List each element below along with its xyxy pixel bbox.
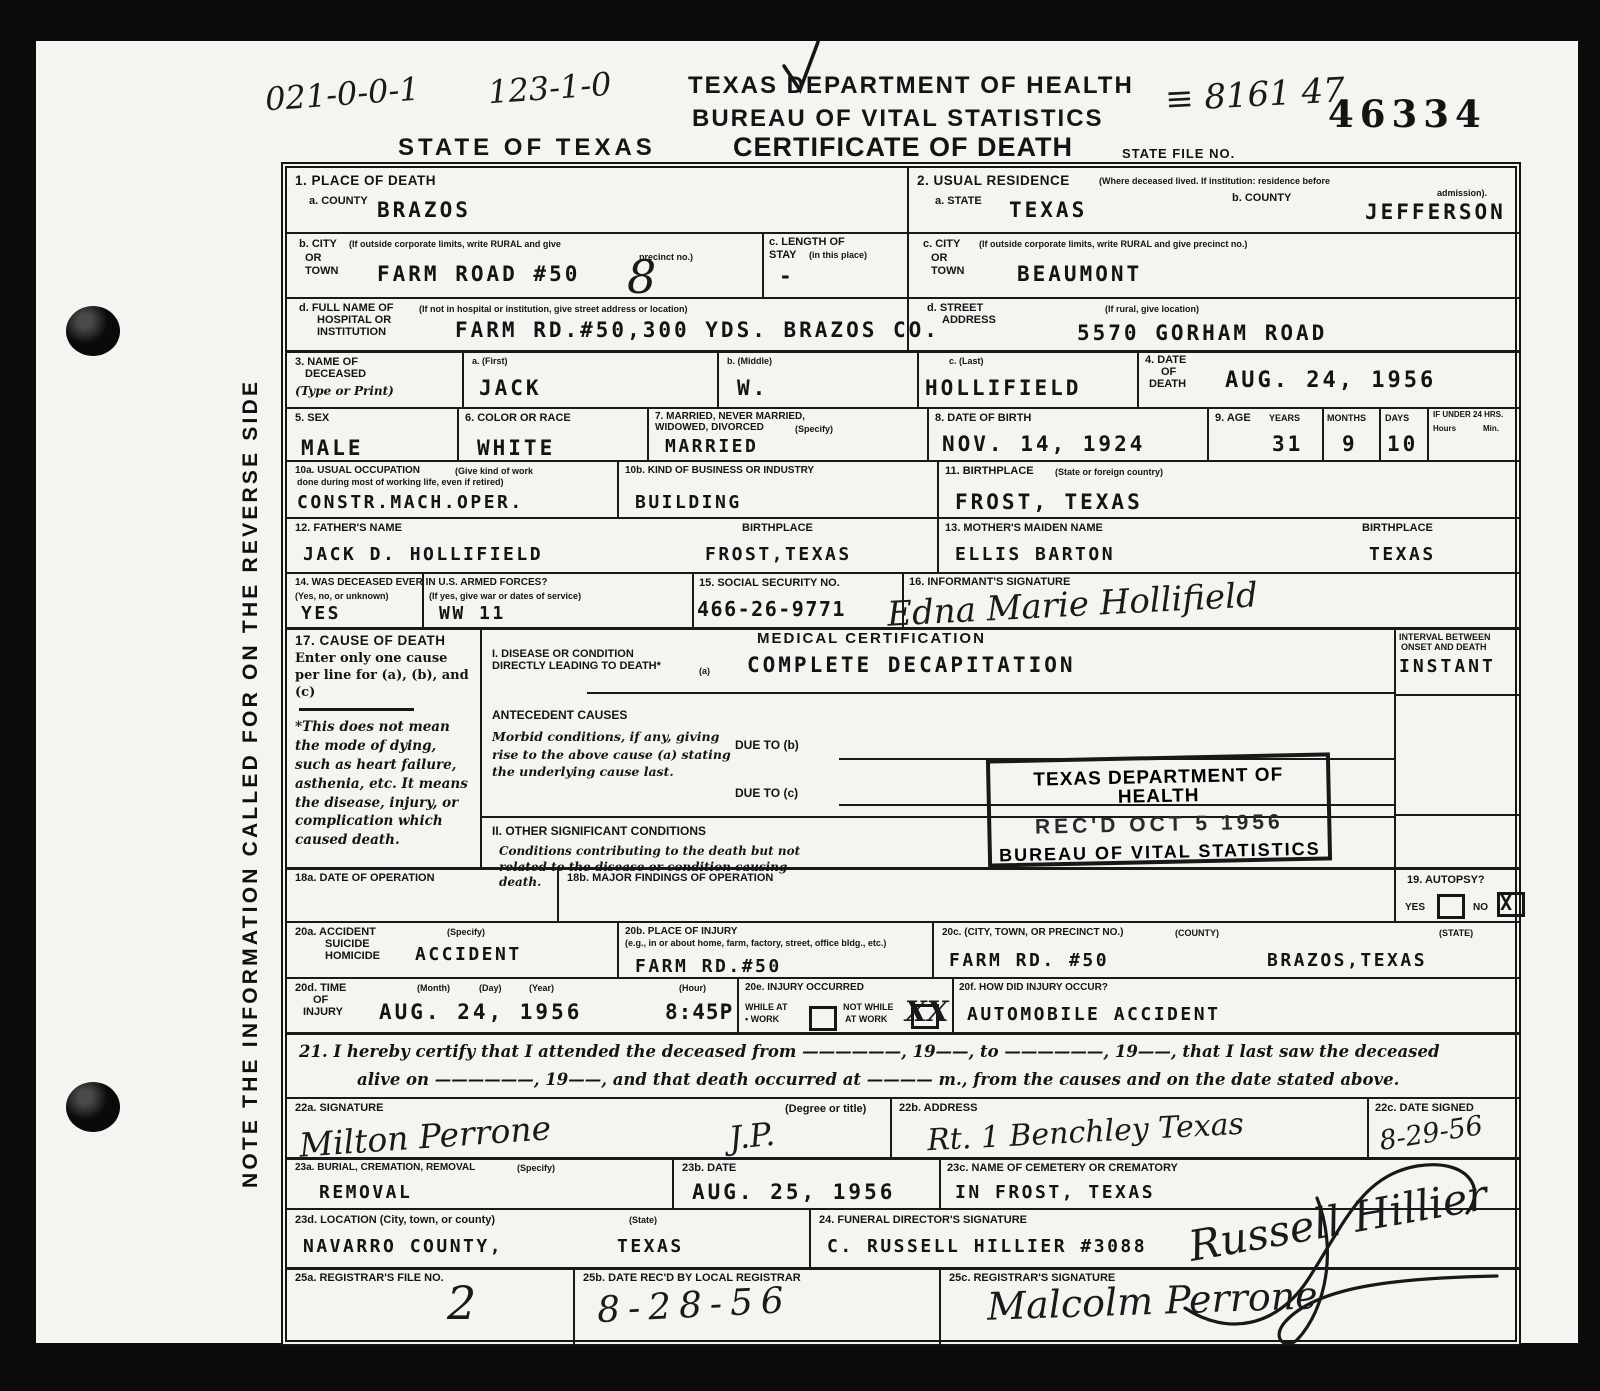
- father-name-value: JACK D. HOLLIFIELD: [303, 546, 543, 564]
- mother-birthplace-value: TEXAS: [1369, 546, 1436, 564]
- funeral-director-value: C. RUSSELL HILLIER #3088: [827, 1238, 1147, 1256]
- interval-label2: ONSET AND DEATH: [1401, 642, 1487, 652]
- burial-location-label: 23d. LOCATION (City, town, or county): [295, 1214, 495, 1227]
- time-injury-value: AUG. 24, 1956: [379, 1002, 582, 1023]
- armed-forces-value: YES: [301, 605, 341, 623]
- time-hour-label: (Hour): [679, 983, 706, 993]
- autopsy-yes-label: YES: [1405, 902, 1425, 914]
- cause-of-death-title: 17. CAUSE OF DEATH: [295, 633, 446, 649]
- due-to-b-label: DUE TO (b): [735, 738, 799, 752]
- armed-forces-label: 14. WAS DECEASED EVER IN U.S. ARMED FORC…: [295, 577, 547, 589]
- residence-city-or: OR: [931, 252, 948, 265]
- handwritten-code-right: 123-1-0: [487, 68, 612, 109]
- residence-state-value: TEXAS: [1009, 200, 1087, 221]
- while-at-work-label: WHILE AT: [745, 1002, 788, 1012]
- birth-date-label: 8. DATE OF BIRTH: [935, 412, 1031, 425]
- stamp-line3: BUREAU OF VITAL STATISTICS: [992, 839, 1328, 864]
- punch-hole-bottom: [66, 1082, 120, 1132]
- name-middle-label: b. (Middle): [727, 356, 772, 366]
- stamp-line1: TEXAS DEPARTMENT OF HEALTH: [990, 764, 1327, 809]
- armed-forces-war-value: WW 11: [439, 605, 506, 623]
- name-title2: DECEASED: [305, 368, 366, 381]
- age-years-value: 31: [1272, 434, 1303, 455]
- place-injury-paren: (e.g., in or about home, farm, factory, …: [625, 938, 905, 948]
- birthplace-paren: (State or foreign country): [1055, 467, 1163, 477]
- birthplace-label: 11. BIRTHPLACE: [945, 465, 1034, 478]
- name-last-label: c. (Last): [949, 356, 984, 366]
- registrar-file-label: 25a. REGISTRAR'S FILE NO.: [295, 1272, 444, 1285]
- residence-city-paren: (If outside corporate limits, write RURA…: [979, 239, 1247, 249]
- place-city-value: FARM ROAD #50: [377, 264, 580, 285]
- time-injury-hour-value: 8:45P: [665, 1002, 733, 1023]
- date-signed-value: 8-29-56: [1378, 1112, 1485, 1155]
- father-name-label: 12. FATHER'S NAME: [295, 522, 402, 535]
- industry-label: 10b. KIND OF BUSINESS OR INDUSTRY: [625, 465, 814, 477]
- agency-name-line2: BUREAU OF VITAL STATISTICS: [692, 105, 1104, 133]
- place-city-label: b. CITY: [299, 238, 337, 251]
- age-years-label: YEARS: [1269, 413, 1300, 423]
- state-of-texas: STATE OF TEXAS: [398, 134, 656, 162]
- not-while-label2: AT WORK: [845, 1014, 887, 1024]
- cause-note1: Enter only one cause per line for (a), (…: [295, 651, 473, 702]
- registrar-file-value: 2: [447, 1280, 476, 1326]
- cause-note2: *This does not mean the mode of dying, s…: [295, 718, 475, 850]
- residence-street-paren: (If rural, give location): [1105, 304, 1199, 314]
- disease-value: COMPLETE DECAPITATION: [747, 655, 1076, 676]
- disease-a: (a): [699, 666, 710, 676]
- certify-statement-line1: 21. I hereby certify that I attended the…: [299, 1040, 1440, 1065]
- name-paren: (Type or Print): [295, 384, 394, 400]
- handwritten-code-left: 021-0-0-1: [264, 73, 420, 116]
- homicide-label: HOMICIDE: [325, 950, 380, 963]
- cemetery-value: IN FROST, TEXAS: [955, 1184, 1155, 1202]
- time-month-label: (Month): [417, 983, 450, 993]
- birth-date-value: NOV. 14, 1924: [942, 434, 1145, 455]
- cemetery-label: 23c. NAME OF CEMETERY OR CREMATORY: [947, 1162, 1178, 1175]
- marital-label2: WIDOWED, DIVORCED: [655, 422, 764, 434]
- mother-birthplace-label: BIRTHPLACE: [1362, 522, 1433, 535]
- name-middle-value: W.: [737, 378, 768, 399]
- how-injury-value: AUTOMOBILE ACCIDENT: [967, 1006, 1220, 1024]
- residence-paren: (Where deceased lived. If institution: r…: [1099, 176, 1330, 186]
- place-injury-label: 20b. PLACE OF INJURY: [625, 926, 737, 938]
- time-injury-label3: INJURY: [303, 1006, 343, 1019]
- certify-statement-line2: alive on ——————, 19——, and that death oc…: [357, 1068, 1399, 1093]
- hospital-value: FARM RD.#50,300 YDS. BRAZOS CO.: [455, 320, 940, 341]
- ssn-label: 15. SOCIAL SECURITY NO.: [699, 577, 840, 590]
- marital-value: MARRIED: [665, 438, 758, 456]
- accident-value: ACCIDENT: [415, 946, 522, 964]
- race-value: WHITE: [477, 438, 555, 459]
- industry-value: BUILDING: [635, 494, 742, 512]
- place-city-town: TOWN: [305, 265, 338, 278]
- injury-state-label: (STATE): [1439, 928, 1473, 938]
- length-of-stay-paren: (in this place): [809, 250, 867, 260]
- residence-paren2: admission).: [1437, 188, 1487, 198]
- sex-label: 5. SEX: [295, 412, 329, 425]
- race-label: 6. COLOR OR RACE: [465, 412, 571, 425]
- father-birthplace-value: FROST,TEXAS: [705, 546, 852, 564]
- autopsy-yes-checkbox: [1437, 894, 1465, 919]
- disease-label2: DIRECTLY LEADING TO DEATH*: [492, 660, 661, 673]
- burial-location-value: NAVARRO COUNTY,: [303, 1238, 503, 1256]
- date-of-death-value: AUG. 24, 1956: [1225, 370, 1436, 392]
- received-stamp: TEXAS DEPARTMENT OF HEALTH REC'D OCT 5 1…: [986, 752, 1332, 867]
- age-days-label: DAYS: [1385, 413, 1409, 423]
- antecedent-label: ANTECEDENT CAUSES: [492, 708, 627, 722]
- scanned-death-certificate-page: { "header": { "codes_left": "021-0-0-1",…: [0, 0, 1600, 1391]
- age-days-value: 10: [1387, 434, 1418, 455]
- age-months-label: MONTHS: [1327, 413, 1366, 423]
- place-county-value: BRAZOS: [377, 200, 471, 221]
- not-while-mark: XX: [905, 998, 948, 1026]
- burial-label: 23a. BURIAL, CREMATION, REMOVAL: [295, 1162, 475, 1174]
- physician-address-value: Rt. 1 Benchley Texas: [926, 1110, 1244, 1157]
- findings-operation-label: 18b. MAJOR FINDINGS OF OPERATION: [567, 872, 773, 885]
- occupation-paren: (Give kind of work: [455, 466, 533, 476]
- registrar-date-value: 8-28-56: [596, 1283, 792, 1329]
- punch-hole-top: [66, 306, 120, 356]
- morbid-note: Morbid conditions, if any, giving rise t…: [492, 728, 737, 781]
- occupation-label: 10a. USUAL OCCUPATION: [295, 465, 420, 477]
- name-first-value: JACK: [479, 378, 542, 399]
- physician-signature-label: 22a. SIGNATURE: [295, 1102, 383, 1115]
- burial-paren: (Specify): [517, 1163, 555, 1173]
- place-of-death-title: 1. PLACE OF DEATH: [295, 173, 436, 189]
- residence-city-label: c. CITY: [923, 238, 960, 251]
- injury-city-label: 20c. (CITY, TOWN, OR PRECINCT NO.): [942, 927, 1124, 939]
- occupation-paren2: done during most of working life, even i…: [297, 477, 504, 487]
- date-operation-label: 18a. DATE OF OPERATION: [295, 872, 435, 885]
- father-birthplace-label: BIRTHPLACE: [742, 522, 813, 535]
- certificate-title: CERTIFICATE OF DEATH: [733, 132, 1073, 163]
- age-hours-label: Hours: [1433, 424, 1456, 433]
- injury-county-label: (COUNTY): [1175, 928, 1219, 938]
- other-conditions-label: II. OTHER SIGNIFICANT CONDITIONS: [492, 824, 706, 838]
- age-min-label: Min.: [1483, 424, 1499, 433]
- age-under24-label: IF UNDER 24 HRS.: [1433, 410, 1503, 419]
- place-city-paren: (If outside corporate limits, write RURA…: [349, 239, 561, 249]
- sex-value: MALE: [301, 438, 364, 459]
- handwritten-precinct-8: 8: [627, 254, 656, 300]
- place-city-or: OR: [305, 252, 322, 265]
- residence-title: 2. USUAL RESIDENCE: [917, 173, 1070, 189]
- name-last-value: HOLLIFIELD: [925, 378, 1081, 399]
- birthplace-value: FROST, TEXAS: [955, 492, 1143, 513]
- pen-checkmark: [770, 38, 840, 98]
- time-day-label: (Day): [479, 983, 502, 993]
- length-of-stay-label: c. LENGTH OF: [769, 236, 845, 249]
- ssn-value: 466-26-9771: [697, 599, 846, 619]
- residence-street-label2: ADDRESS: [942, 314, 996, 327]
- burial-value: REMOVAL: [319, 1184, 412, 1202]
- interval-value: INSTANT: [1399, 658, 1496, 676]
- residence-street-value: 5570 GORHAM ROAD: [1077, 323, 1327, 344]
- age-months-value: 9: [1342, 434, 1358, 455]
- hospital-paren: (If not in hospital or institution, give…: [419, 304, 688, 314]
- mother-name-value: ELLIS BARTON: [955, 546, 1115, 564]
- agency-name-line1: TEXAS DEPARTMENT OF HEALTH: [688, 72, 1134, 100]
- not-while-label: NOT WHILE: [843, 1002, 894, 1012]
- length-of-stay-label2: STAY: [769, 249, 797, 262]
- how-injury-label: 20f. HOW DID INJURY OCCUR?: [959, 982, 1108, 994]
- burial-date-value: AUG. 25, 1956: [692, 1182, 895, 1203]
- degree-title-value: J.P.: [727, 1118, 776, 1155]
- length-of-stay-value: -: [779, 266, 795, 287]
- residence-county-value: JEFFERSON: [1365, 202, 1506, 223]
- burial-date-label: 23b. DATE: [682, 1162, 736, 1175]
- time-year-label: (Year): [529, 983, 554, 993]
- name-first-label: a. (First): [472, 356, 508, 366]
- autopsy-no-mark: X: [1500, 891, 1512, 915]
- medical-certification-title: MEDICAL CERTIFICATION: [757, 630, 986, 647]
- physician-signature: Milton Perrone: [298, 1111, 552, 1162]
- state-file-no-label: STATE FILE NO.: [1122, 146, 1235, 161]
- injury-city-value: FARM RD. #50: [949, 952, 1109, 970]
- burial-location-state-value: TEXAS: [617, 1238, 684, 1256]
- residence-city-value: BEAUMONT: [1017, 264, 1142, 285]
- occupation-value: CONSTR.MACH.OPER.: [297, 494, 524, 512]
- handwritten-file-number: ≡ 8161 47: [1164, 73, 1345, 116]
- autopsy-label: 19. AUTOPSY?: [1407, 874, 1485, 887]
- while-at-work-checkbox: [809, 1006, 837, 1031]
- certificate-form: 1. PLACE OF DEATH a. COUNTY BRAZOS b. CI…: [285, 166, 1517, 1342]
- armed-forces-paren2: (If yes, give war or dates of service): [429, 591, 581, 601]
- stamp-line2: REC'D OCT 5 1956: [991, 810, 1327, 838]
- burial-location-state-label: (State): [629, 1215, 657, 1225]
- mother-name-label: 13. MOTHER'S MAIDEN NAME: [945, 522, 1103, 535]
- residence-county-label: b. COUNTY: [1232, 192, 1291, 205]
- margin-note: NOTE THE INFORMATION CALLED FOR ON THE R…: [240, 379, 261, 1188]
- physician-address-label: 22b. ADDRESS: [899, 1102, 977, 1115]
- date-of-death-label3: DEATH: [1149, 378, 1186, 391]
- interval-label: INTERVAL BETWEEN: [1399, 632, 1491, 642]
- injury-county-state-value: BRAZOS,TEXAS: [1267, 952, 1427, 970]
- armed-forces-paren: (Yes, no, or unknown): [295, 591, 389, 601]
- age-label: 9. AGE: [1215, 412, 1251, 425]
- residence-city-town: TOWN: [931, 265, 964, 278]
- stamped-file-number: 46334: [1328, 92, 1487, 136]
- hospital-label3: INSTITUTION: [317, 326, 386, 339]
- state-file-no-line: [1268, 162, 1463, 164]
- place-injury-value: FARM RD.#50: [635, 958, 782, 976]
- place-county-label: a. COUNTY: [309, 195, 368, 208]
- autopsy-no-label: NO: [1473, 902, 1488, 914]
- degree-title-label: (Degree or title): [785, 1103, 866, 1116]
- accident-paren: (Specify): [447, 927, 485, 937]
- funeral-director-label: 24. FUNERAL DIRECTOR'S SIGNATURE: [819, 1214, 1027, 1227]
- due-to-c-label: DUE TO (c): [735, 786, 798, 800]
- injury-occurred-label: 20e. INJURY OCCURRED: [745, 982, 864, 994]
- while-at-work-label2: • WORK: [745, 1014, 779, 1024]
- residence-state-label: a. STATE: [935, 195, 982, 208]
- marital-paren: (Specify): [795, 424, 833, 434]
